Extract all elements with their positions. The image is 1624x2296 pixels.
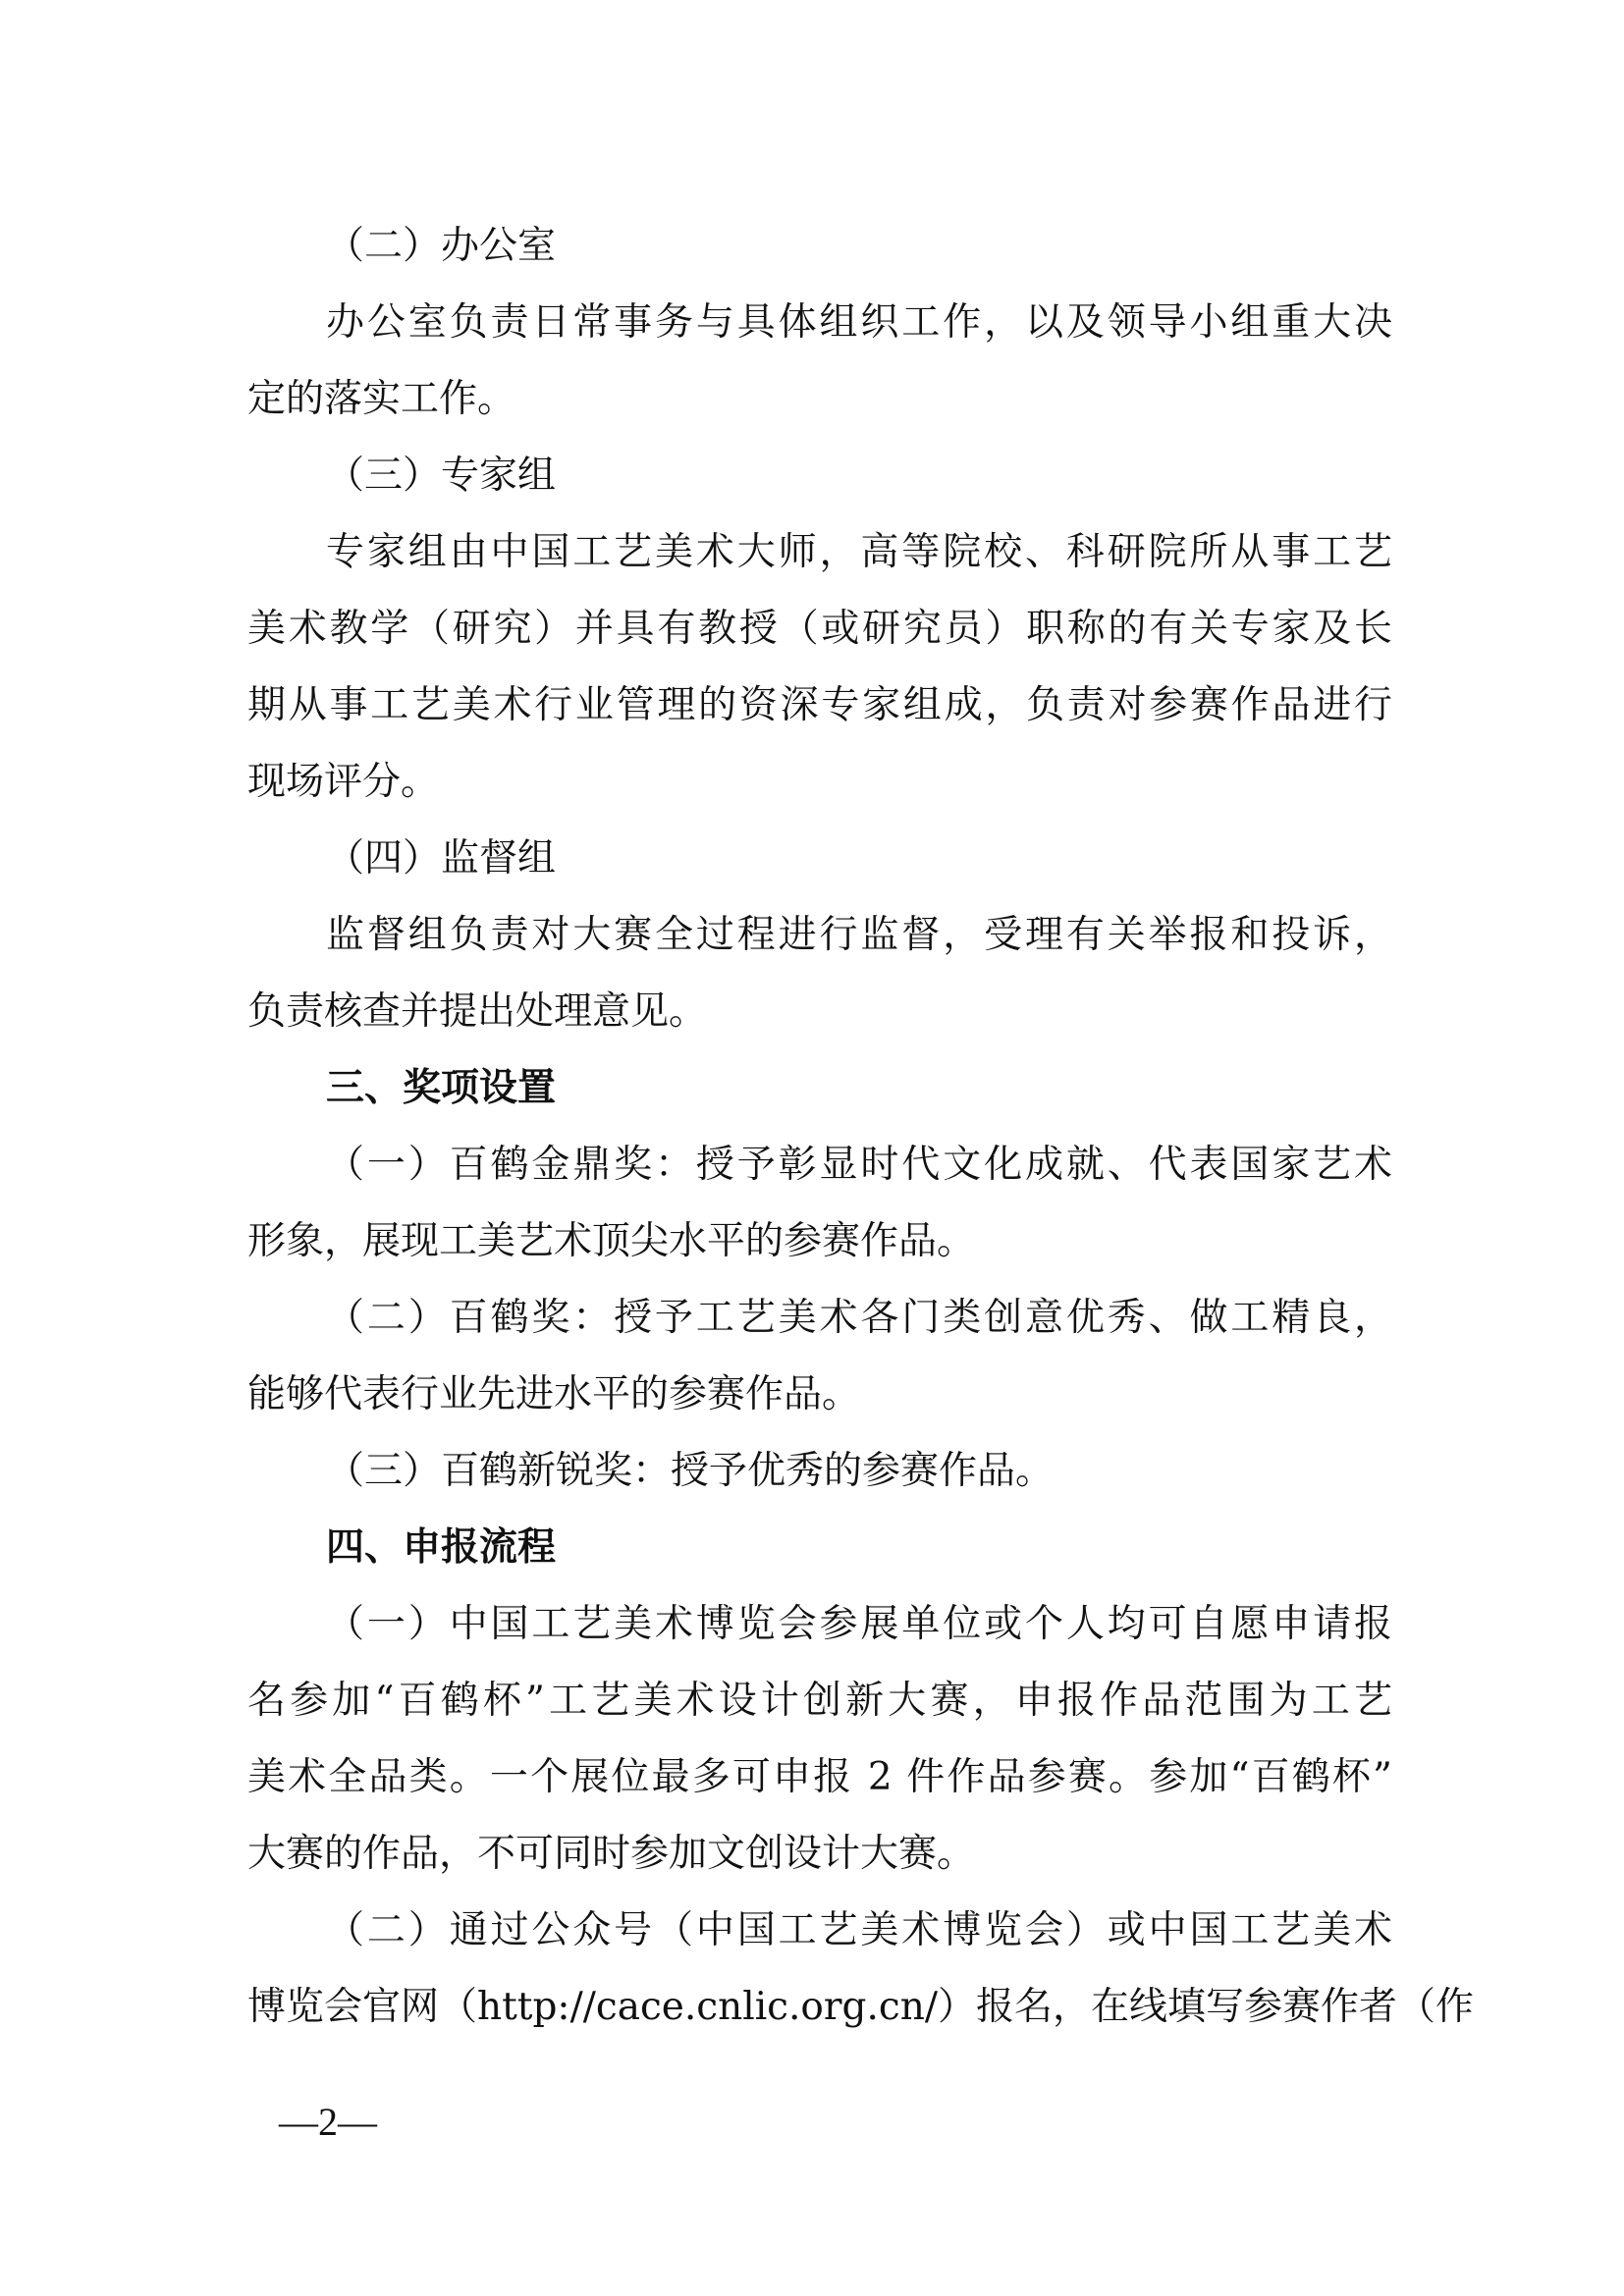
document-body: （二）办公室 办公室负责日常事务与具体组织工作，以及领导小组重大决 定的落实工作… bbox=[247, 208, 1392, 2046]
paragraph-line: （二）通过公众号（中国工艺美术博览会）或中国工艺美术 bbox=[247, 1893, 1392, 1969]
paragraph-line: 能够代表行业先进水平的参赛作品。 bbox=[247, 1357, 1392, 1433]
paragraph-line: 名参加“百鹤杯”工艺美术设计创新大赛，申报作品范围为工艺 bbox=[247, 1663, 1392, 1739]
paragraph-line: 专家组由中国工艺美术大师，高等院校、科研院所从事工艺 bbox=[247, 514, 1392, 591]
heading-award-settings: 三、奖项设置 bbox=[247, 1050, 1392, 1127]
page-number: —2— bbox=[279, 2099, 377, 2145]
paragraph-line: 博览会官网（http://cace.cnlic.org.cn/）报名，在线填写参… bbox=[247, 1969, 1392, 2046]
paragraph-line: 大赛的作品，不可同时参加文创设计大赛。 bbox=[247, 1816, 1392, 1893]
subheading-supervision-group: （四）监督组 bbox=[247, 821, 1392, 897]
paragraph-line: 现场评分。 bbox=[247, 744, 1392, 821]
subheading-office: （二）办公室 bbox=[247, 208, 1392, 285]
paragraph-line: 期从事工艺美术行业管理的资深专家组成，负责对参赛作品进行 bbox=[247, 667, 1392, 744]
paragraph-line: 美术全品类。一个展位最多可申报 2 件作品参赛。参加“百鹤杯” bbox=[247, 1739, 1392, 1816]
paragraph-line: （一）百鹤金鼎奖：授予彰显时代文化成就、代表国家艺术 bbox=[247, 1127, 1392, 1203]
paragraph-line: 定的落实工作。 bbox=[247, 361, 1392, 438]
document-page: （二）办公室 办公室负责日常事务与具体组织工作，以及领导小组重大决 定的落实工作… bbox=[0, 0, 1624, 2296]
subheading-expert-group: （三）专家组 bbox=[247, 438, 1392, 514]
paragraph-line: 负责核查并提出处理意见。 bbox=[247, 974, 1392, 1050]
paragraph-line: （一）中国工艺美术博览会参展单位或个人均可自愿申请报 bbox=[247, 1586, 1392, 1663]
paragraph-line: 美术教学（研究）并具有教授（或研究员）职称的有关专家及长 bbox=[247, 591, 1392, 667]
paragraph-line: 办公室负责日常事务与具体组织工作，以及领导小组重大决 bbox=[247, 285, 1392, 361]
paragraph-line: 形象，展现工美艺术顶尖水平的参赛作品。 bbox=[247, 1203, 1392, 1280]
paragraph-line: （二）百鹤奖：授予工艺美术各门类创意优秀、做工精良， bbox=[247, 1280, 1392, 1357]
paragraph-line: （三）百鹤新锐奖：授予优秀的参赛作品。 bbox=[247, 1433, 1392, 1510]
paragraph-line: 监督组负责对大赛全过程进行监督，受理有关举报和投诉， bbox=[247, 897, 1392, 974]
heading-application-process: 四、申报流程 bbox=[247, 1510, 1392, 1586]
